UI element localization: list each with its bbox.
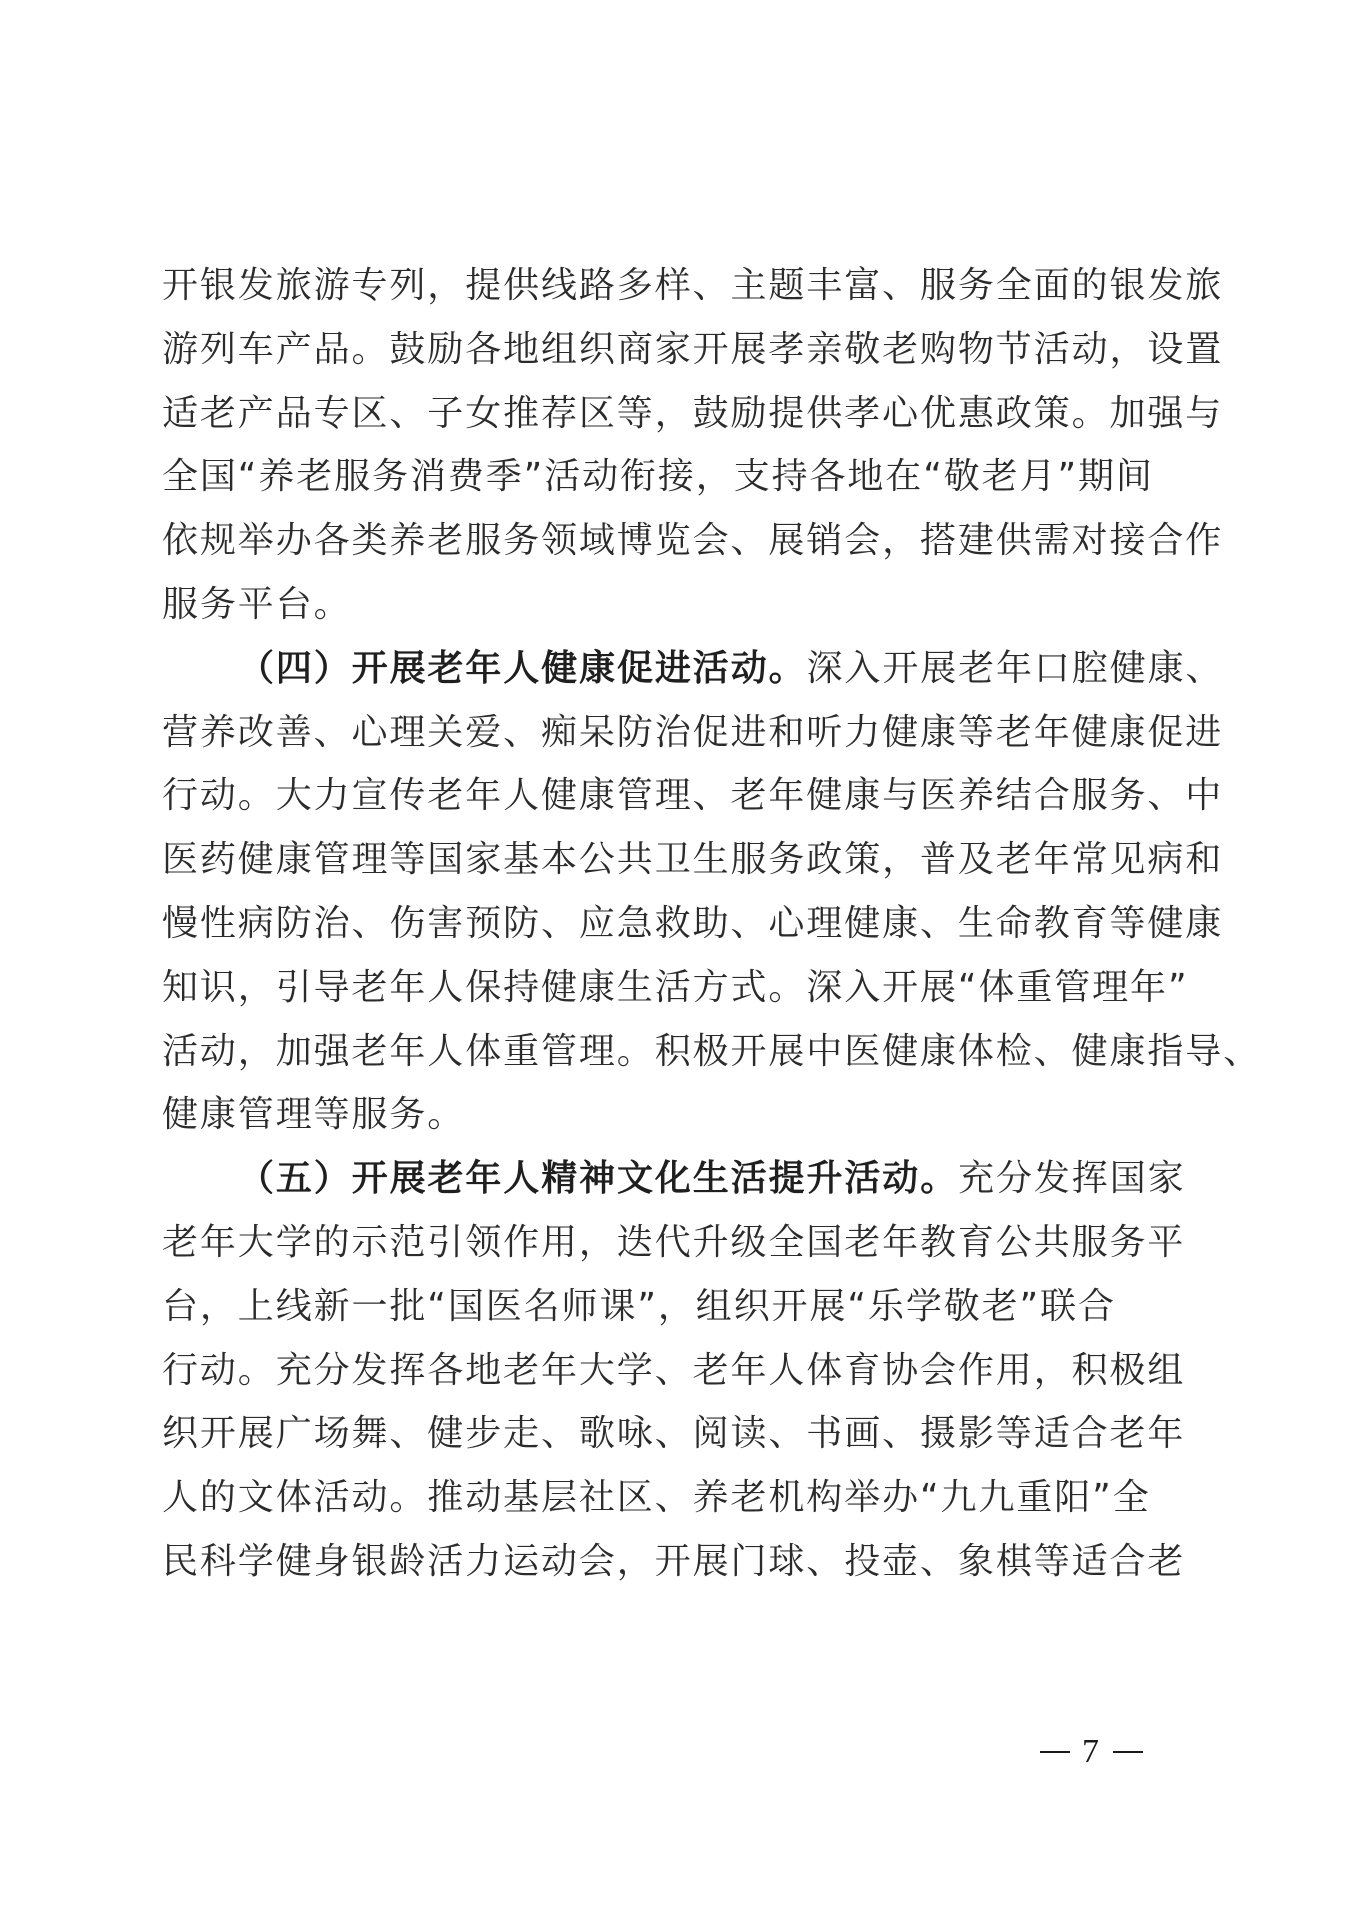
paragraph-line: 医药健康管理等国家基本公共卫生服务政策，普及老年常见病和 (162, 828, 1188, 892)
paragraph-line: 慢性病防治、伤害预防、应急救助、心理健康、生命教育等健康 (162, 892, 1188, 956)
section-heading-5: （五）开展老年人精神文化生活提升活动。 (238, 1158, 958, 1199)
paragraph-line: 行动。充分发挥各地老年大学、老年人体育协会作用，积极组 (162, 1339, 1188, 1403)
section-heading-4: （四）开展老年人健康促进活动。 (238, 648, 807, 689)
paragraph-line: 健康管理等服务。 (162, 1083, 1188, 1147)
page-number-value: 7 (1082, 1733, 1101, 1771)
paragraph-line: 人的文体活动。推动基层社区、养老机构举办“九九重阳”全 (162, 1466, 1188, 1530)
body-text: 开银发旅游专列，提供线路多样、主题丰富、服务全面的银发旅 游列车产品。鼓励各地组… (162, 254, 1188, 1594)
page-number-left-dash (1040, 1751, 1070, 1753)
paragraph-line: 开银发旅游专列，提供线路多样、主题丰富、服务全面的银发旅 (162, 254, 1188, 318)
document-page: 开银发旅游专列，提供线路多样、主题丰富、服务全面的银发旅 游列车产品。鼓励各地组… (0, 0, 1358, 1920)
paragraph-line: 民科学健身银龄活力运动会，开展门球、投壶、象棋等适合老 (162, 1530, 1188, 1594)
paragraph-line: 适老产品专区、子女推荐区等，鼓励提供孝心优惠政策。加强与 (162, 382, 1188, 446)
paragraph-line: 活动，加强老年人体重管理。积极开展中医健康体检、健康指导、 (162, 1020, 1188, 1084)
section-5-first-line-text: 充分发挥国家 (958, 1158, 1185, 1199)
page-number: 7 (1040, 1733, 1143, 1771)
section-4-first-line-text: 深入开展老年口腔健康、 (807, 648, 1224, 689)
paragraph-line: 老年大学的示范引领作用，迭代升级全国老年教育公共服务平 (162, 1211, 1188, 1275)
section-5-first-line: （五）开展老年人精神文化生活提升活动。充分发挥国家 (162, 1147, 1188, 1211)
paragraph-line: 行动。大力宣传老年人健康管理、老年健康与医养结合服务、中 (162, 764, 1188, 828)
page-number-right-dash (1113, 1751, 1143, 1753)
paragraph-line: 服务平台。 (162, 573, 1188, 637)
paragraph-line: 织开展广场舞、健步走、歌咏、阅读、书画、摄影等适合老年 (162, 1402, 1188, 1466)
paragraph-line: 依规举办各类养老服务领域博览会、展销会，搭建供需对接合作 (162, 509, 1188, 573)
paragraph-line: 全国“养老服务消费季”活动衔接，支持各地在“敬老月”期间 (162, 445, 1188, 509)
paragraph-line: 知识，引导老年人保持健康生活方式。深入开展“体重管理年” (162, 956, 1188, 1020)
paragraph-line: 游列车产品。鼓励各地组织商家开展孝亲敬老购物节活动，设置 (162, 318, 1188, 382)
paragraph-line: 台，上线新一批“国医名师课”，组织开展“乐学敬老”联合 (162, 1275, 1188, 1339)
paragraph-line: 营养改善、心理关爱、痴呆防治促进和听力健康等老年健康促进 (162, 701, 1188, 765)
section-4-first-line: （四）开展老年人健康促进活动。深入开展老年口腔健康、 (162, 637, 1188, 701)
